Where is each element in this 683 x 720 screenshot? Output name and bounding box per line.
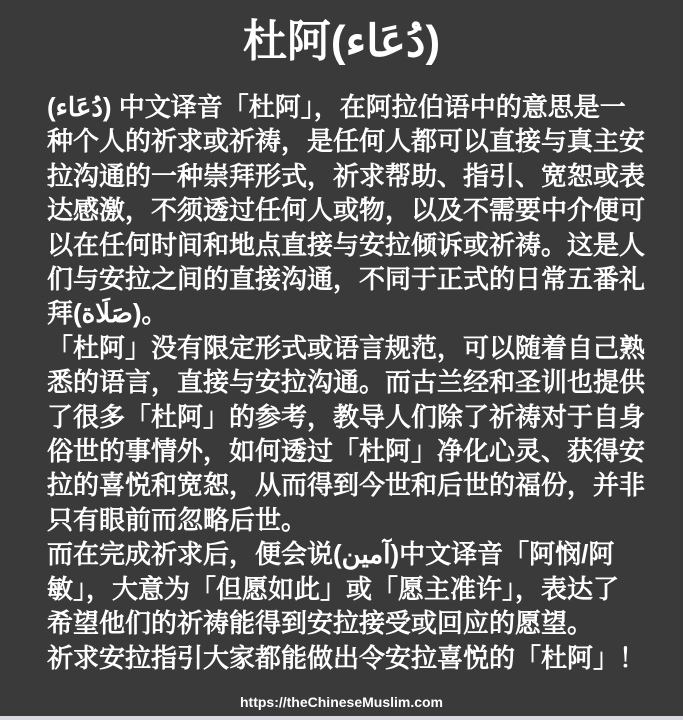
body-line: 拉的喜悦和宽恕，从而得到今世和后世的福份，并非 [47,468,643,502]
body-line: 拉沟通的一种崇拜形式，祈求帮助、指引、宽恕或表 [47,159,643,193]
dua-info-card: 杜阿(دُعَاء) (دُعَاء) 中文译音「杜阿」，在阿拉伯语中的意思是一… [0,0,683,720]
body-line: 祈求安拉指引大家都能做出令安拉喜悦的「杜阿」！ [47,641,643,675]
body-line: 了很多「杜阿」的参考，教导人们除了祈祷对于自身 [47,400,643,434]
body-line: 希望他们的祈祷能得到安拉接受或回应的愿望。 [47,606,643,640]
body-line: 种个人的祈求或祈祷，是任何人都可以直接与真主安 [47,124,643,158]
body-line: 敏」，大意为「但愿如此」或「愿主准许」，表达了 [47,572,643,606]
body-line: 悉的语言，直接与安拉沟通。而古兰经和圣训也提供 [47,365,643,399]
bottom-edge-strip [0,716,683,720]
body-line: 只有眼前而忽略后世。 [47,503,643,537]
body-line: 「杜阿」没有限定形式或语言规范，可以随着自己熟 [47,331,643,365]
body-line: 达感激，不须透过任何人或物，以及不需要中介便可 [47,193,643,227]
body-line: 拜(صَلَاة)。 [47,296,643,330]
body-line: 而在完成祈求后，便会说(آمين)中文译音「阿悯/阿 [47,537,643,571]
body-line: 们与安拉之间的直接沟通，不同于正式的日常五番礼 [47,262,643,296]
body-line: (دُعَاء) 中文译音「杜阿」，在阿拉伯语中的意思是一 [47,90,643,124]
body-line: 以在任何时间和地点直接与安拉倾诉或祈祷。这是人 [47,228,643,262]
body-text: (دُعَاء) 中文译音「杜阿」，在阿拉伯语中的意思是一 种个人的祈求或祈祷，… [0,90,683,675]
body-line: 俗世的事情外，如何透过「杜阿」净化心灵、获得安 [47,434,643,468]
website-url: https://theChineseMuslim.com [0,694,683,710]
page-title: 杜阿(دُعَاء) [0,0,683,74]
